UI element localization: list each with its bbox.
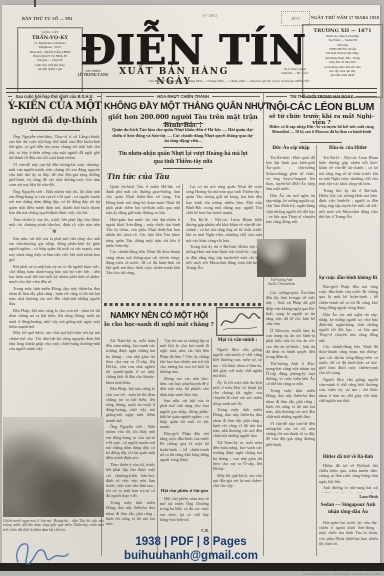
namky-headline: NAMKY NÊN CÓ MỘT HỘI bbox=[104, 310, 214, 320]
right-col2-body-3: Hitler đã trở về Bá-linh hồi chiều hôm q… bbox=[319, 463, 378, 493]
calligraphy-flourish-icon bbox=[217, 308, 263, 335]
war-scene-photo bbox=[3, 417, 104, 517]
rule bbox=[163, 147, 203, 148]
newspaper-scan: BẢN THỨ TƯ SỐ — 993 NGÀY THỨ NĂM 17 MARS… bbox=[0, 0, 384, 576]
portrait-photo-caption: Thế-lương Anh Axelle Christielsón bbox=[255, 278, 308, 287]
director-block: CHỦ NHIỆM LÊ-TRUNG-CANG bbox=[76, 70, 110, 77]
center-story-headline: KHÔNG ĐẦY MỘT THÁNG QUÂN NHỰT bbox=[104, 101, 262, 111]
library-stamp-number: 4972 bbox=[291, 16, 299, 21]
portrait-photo bbox=[257, 239, 306, 277]
left-story-headline: Ý-KIẾN CỦA MỘT bbox=[8, 101, 101, 112]
left-story-kicker: Sau cuộc hội-họp thứ nhứt của B.S.H.S. bbox=[8, 94, 101, 99]
center-story-subdeck-2: Tin nhơn-nhận quân Nhựt lại vượt Hoàng-h… bbox=[118, 151, 248, 166]
dashed-section-divider bbox=[104, 303, 262, 306]
left-story-deck: người đã dự-thính bbox=[8, 116, 101, 126]
section-divider-ornament: ✻ bbox=[8, 229, 101, 235]
header-divider-rule bbox=[6, 88, 377, 93]
right-col1-subhead: Đức-Áo sáp nhập bbox=[266, 146, 316, 151]
masthead-word-tin: TÍN bbox=[219, 30, 306, 71]
left-story-body-1: Ông Nguyễn-văn-Sâm, Thạc-sĩ ở sở Lãng-ch… bbox=[9, 134, 100, 229]
center-story-subdeck-1: Quân du-kích Tàu làm cho quân Nhựt khốn-… bbox=[112, 127, 254, 144]
subscription-prices: GIÁ BÁO : 1 năm 12$00 — 6 tháng 6$50 — 3… bbox=[100, 79, 358, 83]
war-photo-caption: Chiến-tranh nguy-nan ở lưu-vực Hoàng-hà … bbox=[3, 519, 104, 532]
library-stamp: 4972 bbox=[281, 11, 310, 26]
tagline: XUẤT BẢN HÀNG NGÀY bbox=[108, 67, 240, 87]
center-story-kicker: HOA-NHỰT CHIẾN-TRANH bbox=[106, 94, 260, 99]
masthead-title: ĐIỄN TÍN bbox=[80, 17, 306, 71]
portrait-caption-line2: Axelle Christielsón bbox=[255, 282, 308, 286]
watermark-line1: 1938 | PDF | 8 Pages bbox=[96, 535, 286, 549]
ornament-calligraphy bbox=[216, 307, 264, 336]
edition-info: BẢN THỨ TƯ SỐ — 993 bbox=[22, 16, 72, 21]
publisher-box-lines: 31, Boulevard «Charner»Téléphone : 34-37… bbox=[19, 42, 81, 72]
rule bbox=[30, 130, 80, 131]
right-story-subdeck: Hitler có lẽ sáp-nhập Đức-Áo và tuyên-bố… bbox=[269, 124, 374, 135]
announcement-box: TRƯƠNG XII — 1871 Kính cáo cùng Lịch-thi… bbox=[302, 24, 383, 98]
watermark-text: 1938 | PDF | 8 Pages buihuuhanh@gmail.co… bbox=[96, 535, 286, 563]
namky-column-1: Xứ Nam-kỳ ta, mỗi năm đến mùa nắng, học-… bbox=[106, 338, 155, 556]
namky-col2-signature: C.B. bbox=[160, 528, 209, 533]
center-story-kicker-text: HOA-NHỰT CHIẾN-TRANH bbox=[157, 94, 209, 99]
right-col1-body-2: Các cường-quốc Âu-châu đều lấy làm lo-ng… bbox=[266, 290, 315, 554]
publisher-box-header: SÁNG LẬP bbox=[19, 30, 81, 34]
rule bbox=[300, 142, 342, 143]
masthead-word-dien: ĐIỄN bbox=[80, 30, 204, 71]
right-col2-subhead-4: Sedan — Singapour Anh nhận tầng-đầu Áo bbox=[318, 502, 378, 515]
center-story-column-left: Quân do-kích Tàu ở miền Hà-bắc cứ đánh p… bbox=[106, 184, 180, 301]
scan-edge-mark bbox=[34, 0, 36, 7]
rule bbox=[163, 123, 203, 124]
publisher-box: SÁNG LẬP TRẦN-VỌ-KÝ 31, Boulevard «Charn… bbox=[17, 27, 83, 93]
watermark-line2: buihuuhanh@gmail.com bbox=[96, 549, 286, 563]
right-col2-body-2: Báo-giới Pháp đều nói rằng cuộc đầu-binh… bbox=[319, 284, 378, 452]
office-line2: SAIGON — ĐT. 34-37 bbox=[272, 72, 318, 76]
namky-rule-1 bbox=[157, 338, 158, 556]
namky-rule-2 bbox=[211, 338, 212, 556]
director-name: LÊ-TRUNG-CANG bbox=[76, 73, 110, 77]
right-col2-subhead: Đầu-óc của Hitler bbox=[318, 146, 378, 151]
namky-column-2-more: Hội chợ phiên năm nay sẽ mở tại vườn Ông… bbox=[160, 496, 209, 540]
right-col2-subhead-3: Hitler đã trở về Bá-linh bbox=[318, 455, 378, 460]
handwritten-signature bbox=[10, 536, 72, 570]
right-inner-rule bbox=[316, 145, 317, 556]
center-inner-rule bbox=[182, 184, 183, 301]
right-col2-subhead-2: Sự cuộc đầu-binh không-Bỉ bbox=[318, 276, 378, 281]
left-story-body-2: Sau nữa, cái hội của ta phải mở cửa rộng… bbox=[9, 236, 100, 414]
right-col2-signature: Lam-Đình bbox=[319, 494, 378, 499]
office-address: 20-27, Rue Catinat SAIGON — ĐT. 34-37 bbox=[272, 68, 318, 75]
namky-col2-subhead: Hội chợ phiên ở Sài-gòn bbox=[160, 488, 209, 493]
namky-deck: lo cho học-sanh đi nghỉ mát chăng ? bbox=[104, 322, 214, 328]
rule bbox=[163, 168, 203, 169]
namky-column-3: Người Mọi vẫn giống người văn-minh ở chỗ… bbox=[213, 347, 262, 556]
center-story-subhead: Tin tức của Tàu bbox=[107, 172, 170, 181]
center-story-column-right: Lại có tin nói rằng quân Nhựt đã vượt sô… bbox=[186, 184, 262, 301]
right-col1-body: Tin Bá-linh : Đức-quốc đã kéo đại binh q… bbox=[266, 155, 315, 237]
right-story-headline: NỘI-CÁC LÉON BLUM bbox=[266, 101, 377, 113]
right-story-kicker: TIN THẾ-GIỚI TRONG HAI NGÀY bbox=[266, 94, 377, 99]
source-attribution: Source gallica.bnf.fr / Bibliothèque nat… bbox=[210, 572, 380, 576]
namky-col3-subhead: Mọi và văn-minh : bbox=[213, 338, 262, 343]
right-story-kicker-text: TIN THẾ-GIỚI TRONG HAI NGÀY bbox=[290, 94, 353, 99]
right-col2-body: Tin Ba-lê : Nội-các Léon Blum hiện đương… bbox=[319, 155, 378, 273]
right-col2-body-4: Hải-quân hai nước lại vừa đại-chiến ở ng… bbox=[319, 520, 378, 556]
number-stamp: N° 4972 bbox=[203, 13, 217, 18]
left-story-kicker-text: Sau cuộc hội-họp thứ nhứt của B.S.H.S. bbox=[15, 94, 93, 99]
namky-column-2: Vậy thì sao ta chẳng lập ra một hội lo c… bbox=[160, 338, 209, 486]
